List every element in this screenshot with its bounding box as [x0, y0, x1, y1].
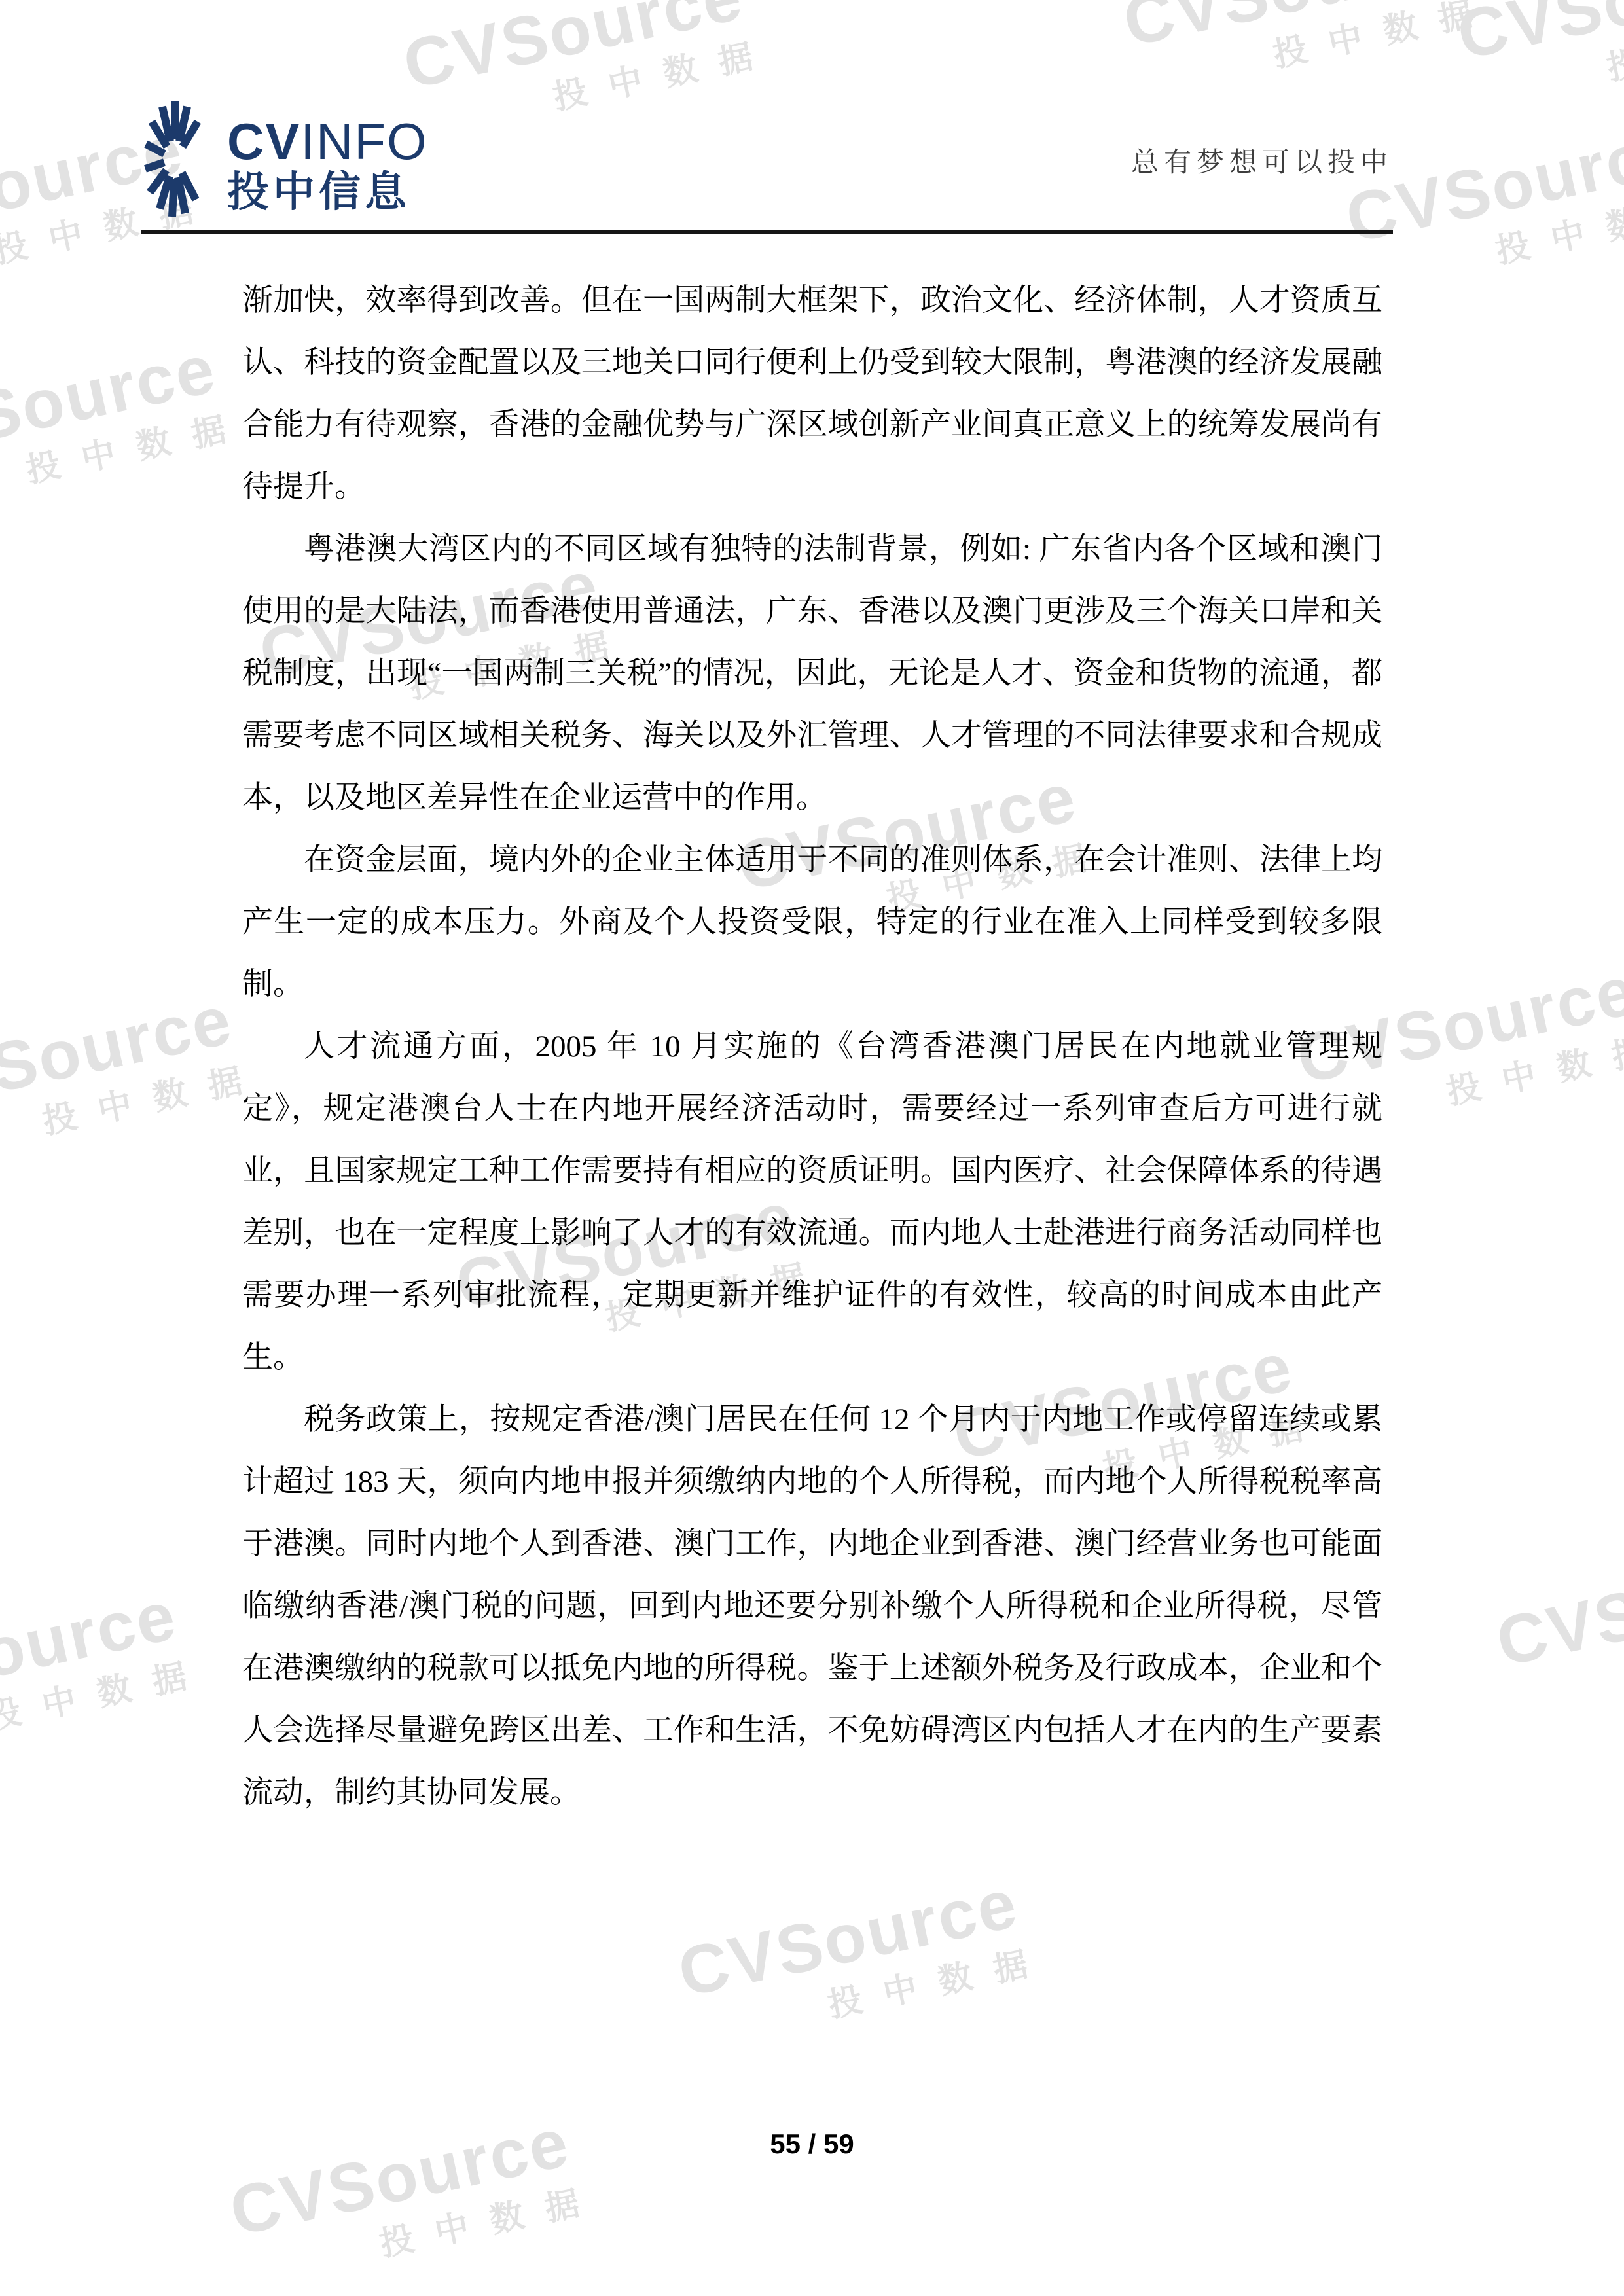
watermark: CVSource投中数据	[1341, 111, 1624, 298]
paragraph-5: 税务政策上，按规定香港/澳门居民在任何 12 个月内于内地工作或停留连续或累计超…	[242, 1389, 1382, 1824]
watermark: CVSource投中数据	[0, 1577, 211, 1765]
header-divider	[141, 230, 1393, 234]
watermark-text: CVSource	[1118, 0, 1489, 57]
watermark-subtext: 投中数据	[1604, 6, 1624, 86]
logo-info: INFO	[300, 113, 427, 170]
watermark-subtext: 投中数据	[0, 1655, 211, 1735]
watermark-text: CVSource	[0, 330, 242, 473]
watermark: CVSource投中数据	[1452, 0, 1624, 115]
paragraph-4: 人才流通方面，2005 年 10 月实施的《台湾香港澳门居民在内地就业管理规定》…	[242, 1016, 1382, 1389]
watermark-text: CVSource	[673, 1865, 1043, 2007]
watermark: CVSource投中数据	[0, 981, 267, 1169]
watermark-subtext: 投中数据	[1444, 1030, 1624, 1110]
watermark-text: CVSource	[1491, 1534, 1624, 1677]
document-page: CVSource投中数据 CVSource投中数据 CVSource投中数据 C…	[0, 0, 1624, 2296]
watermark: CVSource投中数据	[0, 330, 251, 518]
cvinfo-logo-cn: 投中信息	[227, 168, 428, 216]
paragraph-1: 渐加快，效率得到改善。但在一国两制大框架下，政治文化、经济体制，人才资质互认、科…	[242, 270, 1382, 518]
cvinfo-logo: CVINFO 投中信息	[141, 97, 428, 221]
document-body: 渐加快，效率得到改善。但在一国两制大框架下，政治文化、经济体制，人才资质互认、科…	[242, 270, 1382, 1824]
watermark: CVSource投中数据	[1491, 1534, 1624, 1722]
watermark: CVSource投中数据	[398, 0, 778, 145]
cvinfo-starburst-icon	[141, 97, 211, 221]
watermark-subtext: 投中数据	[377, 2182, 604, 2262]
cvinfo-logo-text: CVINFO 投中信息	[227, 97, 428, 221]
watermark-text: CVSource	[398, 0, 768, 99]
paragraph-3: 在资金层面，境内外的企业主体适用于不同的准则体系，在会计准则、法律上均产生一定的…	[242, 829, 1382, 1016]
watermark-text: CVSource	[0, 1577, 202, 1719]
header-tagline: 总有梦想可以投中	[1131, 141, 1393, 180]
watermark-text: CVSource	[225, 2104, 595, 2246]
watermark: CVSource投中数据	[1118, 0, 1498, 102]
paragraph-2: 粤港澳大湾区内的不同区域有独特的法制背景，例如: 广东省内各个区域和澳门使用的是…	[242, 518, 1382, 829]
watermark-subtext: 投中数据	[1493, 189, 1624, 269]
watermark-subtext: 投中数据	[40, 1060, 267, 1139]
watermark-subtext: 投中数据	[24, 408, 251, 488]
watermark-subtext: 投中数据	[1271, 0, 1498, 73]
watermark-subtext: 投中数据	[550, 35, 778, 115]
cvinfo-logo-en: CVINFO	[227, 115, 428, 168]
watermark-text: CVSource	[1452, 0, 1624, 70]
logo-cv: CV	[227, 113, 300, 170]
watermark-text: CVSource	[0, 981, 258, 1124]
page-number: 55 / 59	[0, 2128, 1624, 2160]
watermark-subtext: 投中数据	[825, 1943, 1053, 2023]
watermark: CVSource投中数据	[673, 1865, 1053, 2053]
